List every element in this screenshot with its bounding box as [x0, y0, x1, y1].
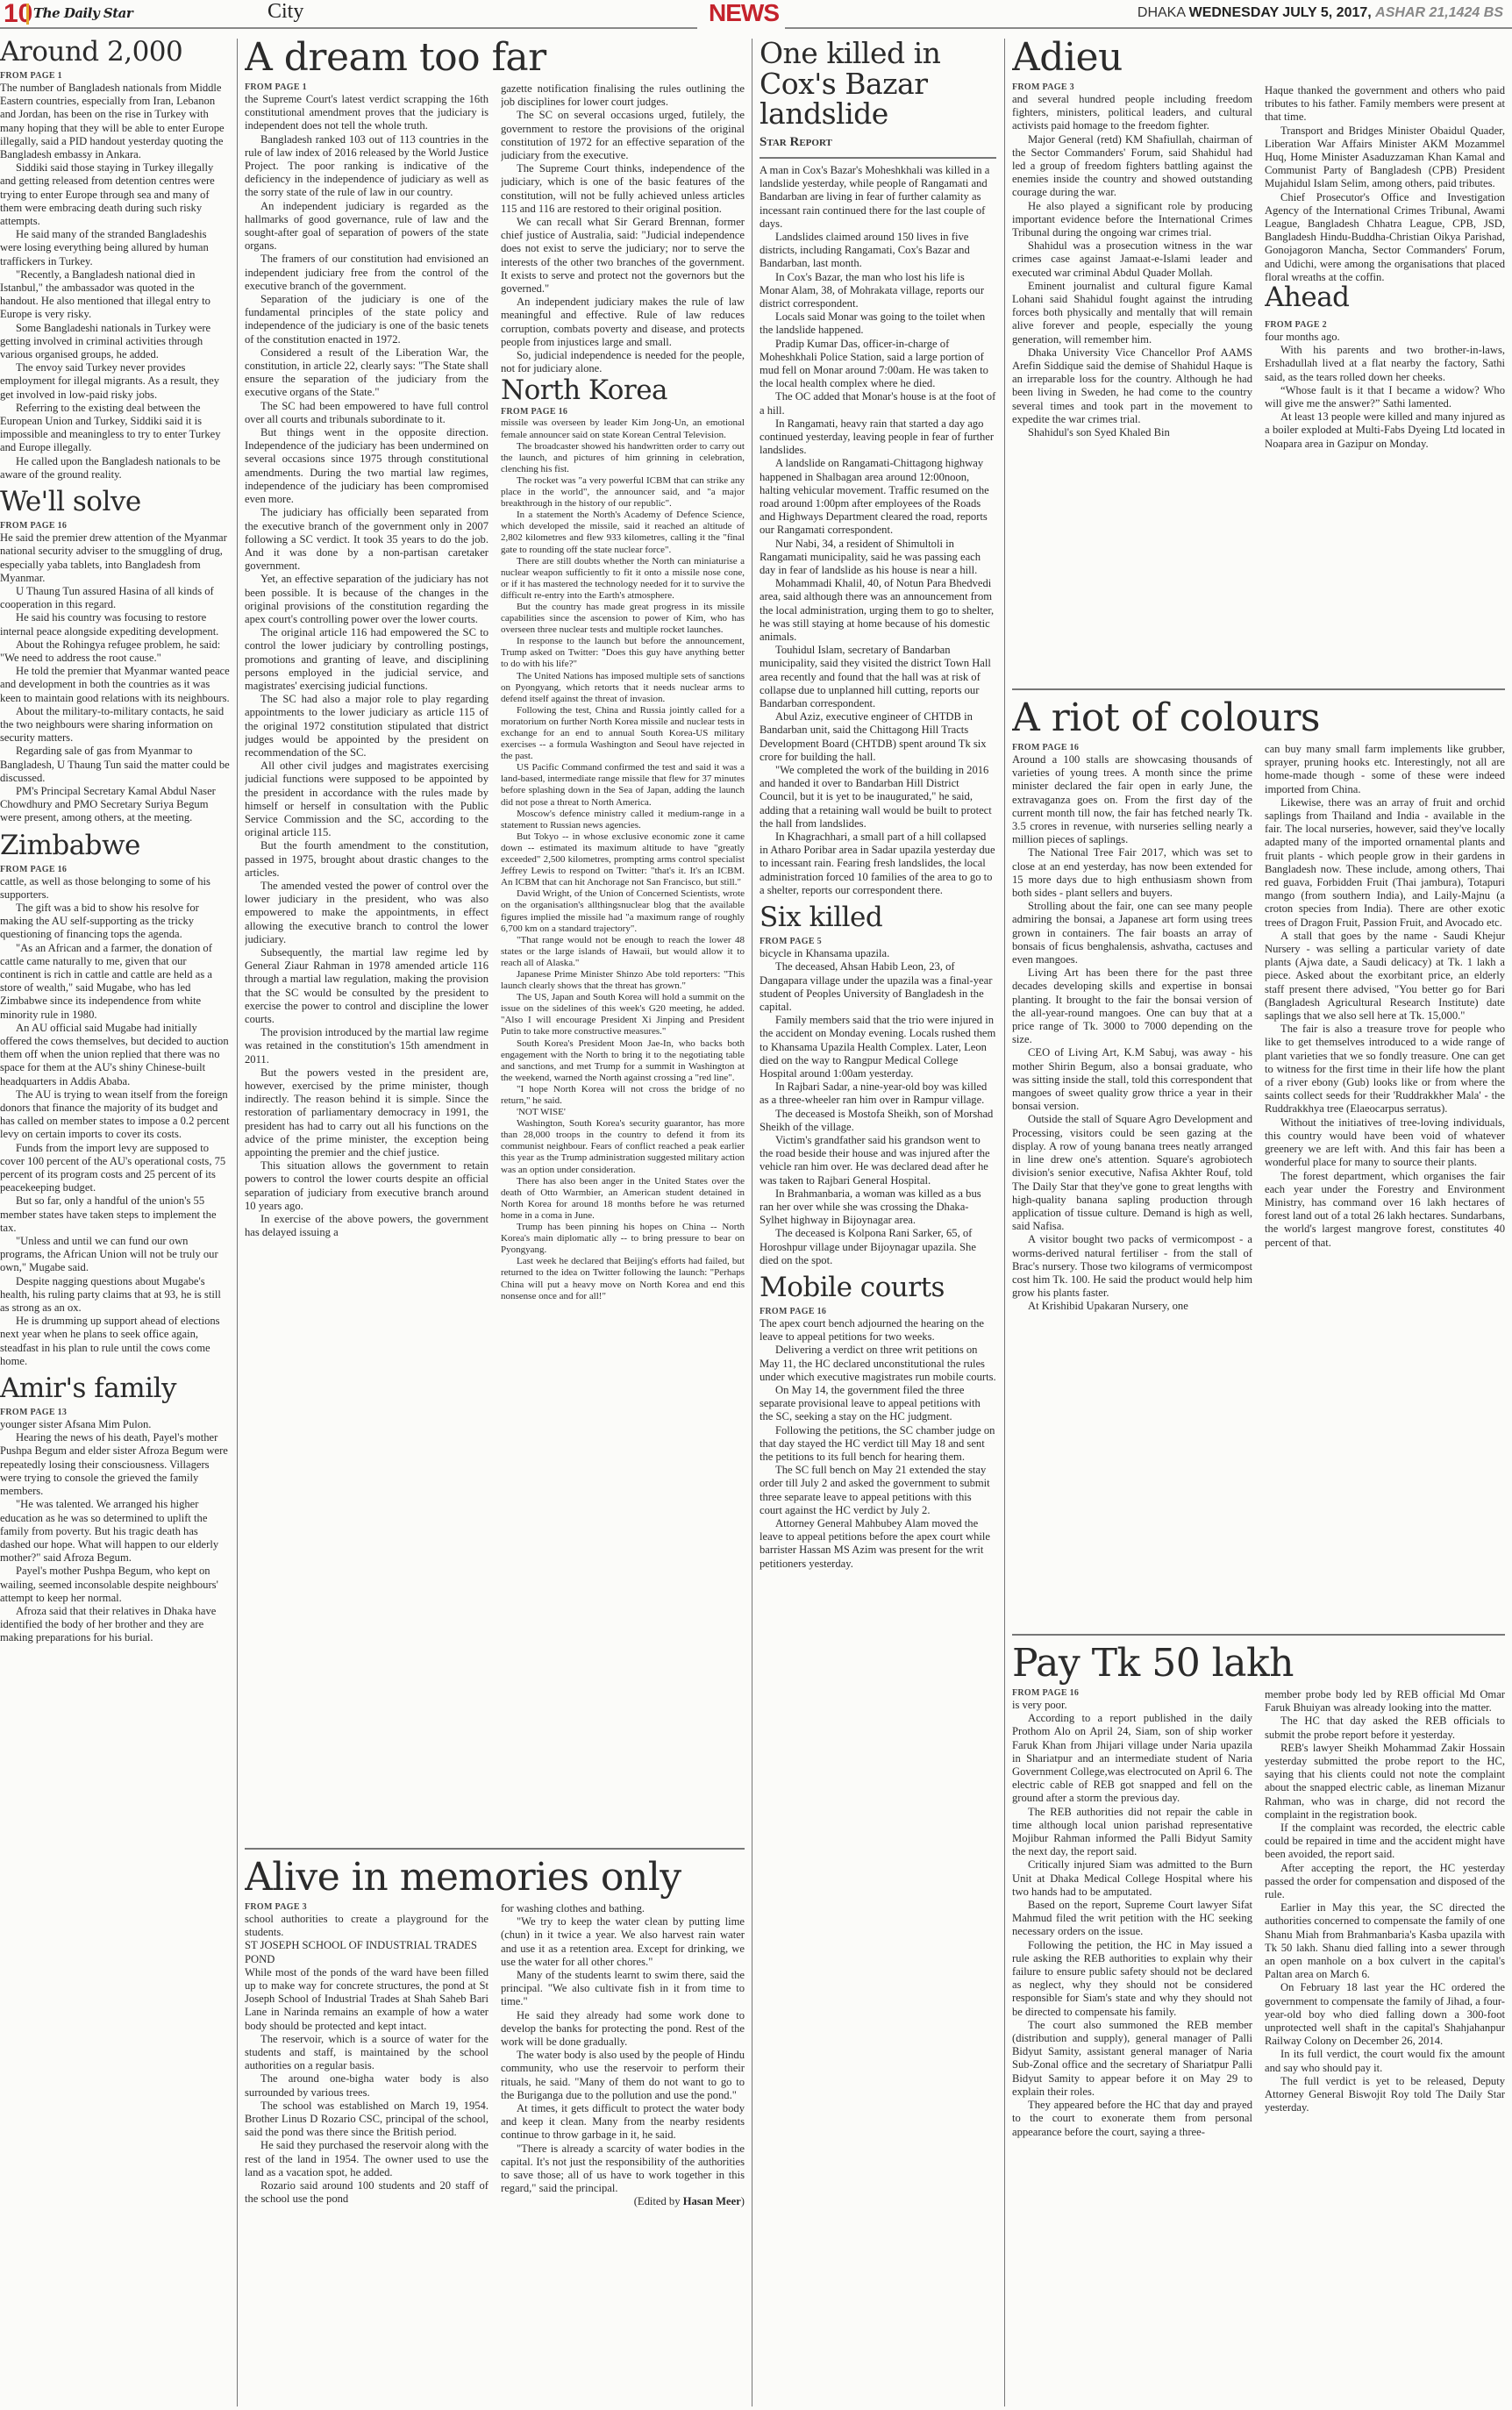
paragraph: The around one-bigha water body is also … [245, 2072, 489, 2099]
paragraph: Following the test, China and Russia joi… [501, 705, 745, 762]
paragraph: The reservoir, which is a source of wate… [245, 2033, 489, 2073]
jump-label: FROM PAGE 16 [760, 1307, 996, 1316]
paragraph: Washington, South Korea's security guara… [501, 1118, 745, 1175]
paragraph: and several hundred people including fre… [1012, 93, 1252, 133]
paragraph: missile was overseen by leader Kim Jong-… [501, 417, 745, 440]
paragraph: The National Tree Fair 2017, which was s… [1012, 846, 1252, 900]
paragraph: U Thaung Tun assured Hasina of all kinds… [0, 585, 230, 611]
paragraph: An independent judiciary is regarded as … [245, 200, 489, 253]
headline: North Korea [501, 377, 745, 404]
paragraph: 'NOT WISE' [501, 1107, 745, 1118]
paragraph: The SC full bench on May 21 extended the… [760, 1464, 996, 1517]
subheading: ST JOSEPH SCHOOL OF INDUSTRIAL TRADES PO… [245, 1939, 489, 1965]
headline: Ahead [1265, 284, 1505, 311]
paragraph: About the Rohingya refugee problem, he s… [0, 638, 230, 665]
paragraph: Referring to the existing deal between t… [0, 402, 230, 455]
jump-label: FROM PAGE 1 [245, 82, 489, 92]
paragraph: Eminent journalist and cultural figure K… [1012, 280, 1252, 346]
paragraph: According to a report published in the d… [1012, 1712, 1252, 1805]
paragraph: Separation of the judiciary is one of th… [245, 293, 489, 346]
paragraph: At Krishibid Upakaran Nursery, one [1012, 1300, 1252, 1313]
paragraph: The framers of our constitution had envi… [245, 253, 489, 293]
paragraph: Considered a result of the Liberation Wa… [245, 346, 489, 400]
paragraph: The US, Japan and South Korea will hold … [501, 992, 745, 1037]
paragraph: In Brahmanbaria, a woman was killed as a… [760, 1187, 996, 1228]
paragraph: school authorities to create a playgroun… [245, 1913, 489, 1939]
paragraph: The United Nations has imposed multiple … [501, 671, 745, 705]
paragraph: The SC had also a major role to play reg… [245, 693, 489, 759]
paragraph: The rocket was "a very powerful ICBM tha… [501, 475, 745, 510]
article-dream-too-far: A dream too far FROM PAGE 1 the Supreme … [245, 39, 745, 1841]
headline: Pay Tk 50 lakh [1012, 1644, 1505, 1683]
headline: Around 2,000 [0, 39, 230, 66]
jump-label: FROM PAGE 16 [0, 865, 230, 874]
paragraph: "Recently, a Bangladesh national died in… [0, 268, 230, 322]
article-body-right: can buy many small farm implements like … [1265, 743, 1505, 1250]
paragraph: Yet, an effective separation of the judi… [245, 573, 489, 626]
paragraph: Likewise, there was an array of fruit an… [1265, 796, 1505, 930]
paragraph: A man in Cox's Bazar's Moheshkhali was k… [760, 164, 996, 231]
paragraph: The SC on several occasions urged, futil… [501, 109, 745, 162]
paragraph: The AU is trying to wean itself from the… [0, 1088, 230, 1142]
paragraph: gazette notification finalising the rule… [501, 82, 745, 109]
jump-label: FROM PAGE 16 [1012, 743, 1252, 752]
paragraph: Some Bangladeshi nationals in Turkey wer… [0, 322, 230, 362]
headline: Zimbabwe [0, 832, 230, 859]
paragraph: Strolling about the fair, one can see ma… [1012, 900, 1252, 966]
paragraph: The fair is also a treasure trove for pe… [1265, 1023, 1505, 1116]
paragraph: He is drumming up support ahead of elect… [0, 1315, 230, 1368]
section-divider [1012, 688, 1505, 690]
paragraph: A stall that goes by the name - Saudi Kh… [1265, 930, 1505, 1023]
paragraph: In response to the launch but before the… [501, 636, 745, 670]
article-alive-in-memories: Alive in memories only FROM PAGE 3 schoo… [245, 1858, 745, 2208]
jump-label: FROM PAGE 13 [0, 1408, 230, 1417]
byline: Star Report [760, 135, 996, 159]
paragraph: Afroza said that their relatives in Dhak… [0, 1605, 230, 1645]
paragraph: Hearing the news of his death, Payel's m… [0, 1431, 230, 1498]
paragraph: Many of the students learnt to swim ther… [501, 1969, 745, 2009]
paragraph: Around a 100 stalls are showcasing thous… [1012, 753, 1252, 846]
paragraph: On February 18 last year the HC ordered … [1265, 1981, 1505, 2048]
paragraph: Siddiki said those staying in Turkey ill… [0, 161, 230, 228]
paragraph: The OC added that Monar's house is at th… [760, 390, 996, 417]
paragraph: In Rajbari Sadar, a nine-year-old boy wa… [760, 1080, 996, 1107]
article-adieu: Adieu FROM PAGE 3 and several hundred pe… [1012, 39, 1505, 683]
paragraph: PM's Principal Secretary Kamal Abdul Nas… [0, 785, 230, 825]
paragraph: In a statement the North's Academy of De… [501, 510, 745, 555]
headline: A riot of colours [1012, 699, 1505, 738]
paragraph: is very poor. [1012, 1699, 1252, 1712]
article-body-left: the Supreme Court's latest verdict scrap… [245, 93, 489, 1239]
paragraph: Living Art has been there for the past t… [1012, 966, 1252, 1046]
paragraph: In its full verdict, the court would fix… [1265, 2048, 1505, 2074]
paragraph: The court also summoned the REB member (… [1012, 2019, 1252, 2099]
paragraph: Chief Prosecutor's Office and Investigat… [1265, 191, 1505, 284]
paragraph: Japanese Prime Minister Shinzo Abe told … [501, 969, 745, 992]
paragraph: But so far, only a handful of the union'… [0, 1194, 230, 1235]
paragraph: Landslides claimed around 150 lives in f… [760, 231, 996, 271]
paragraph: The school was established on March 19, … [245, 2100, 489, 2140]
paragraph: "There is already a scarcity of water bo… [501, 2143, 745, 2196]
paragraph: He called upon the Bangladesh nationals … [0, 455, 230, 481]
jump-label: FROM PAGE 1 [0, 71, 230, 81]
paragraph: "I hope North Korea will not cross the b… [501, 1084, 745, 1107]
paragraph: We can recall what Sir Gerard Brennan, f… [501, 216, 745, 296]
paragraph: Earlier in May this year, the SC directe… [1265, 1901, 1505, 1981]
jump-label: FROM PAGE 3 [245, 1902, 489, 1912]
headline: Mobile courts [760, 1274, 996, 1301]
headline: Six killed [760, 904, 996, 931]
paragraph: "We try to keep the water clean by putti… [501, 1915, 745, 1969]
headline: We'll solve [0, 488, 230, 516]
editor-name: Hasan Meer [683, 2195, 741, 2207]
paragraph: Critically injured Siam was admitted to … [1012, 1858, 1252, 1899]
paragraph: The envoy said Turkey never provides emp… [0, 361, 230, 402]
paragraph: The deceased is Mostofa Sheikh, son of M… [760, 1108, 996, 1134]
column-1: Around 2,000 FROM PAGE 1 The number of B… [0, 39, 230, 2410]
paragraph: Trump has been pinning his hopes on Chin… [501, 1222, 745, 1256]
paragraph: The REB authorities did not repair the c… [1012, 1806, 1252, 1859]
paragraph: for washing clothes and bathing. [501, 1902, 745, 1915]
paragraph: Following the petition, the HC in May is… [1012, 1939, 1252, 2019]
paragraph: the Supreme Court's latest verdict scrap… [245, 93, 489, 133]
paragraph: In Khagrachhari, a small part of a hill … [760, 831, 996, 897]
paragraph: At least 13 people were killed and many … [1265, 410, 1505, 451]
paragraph: In Rangamati, heavy rain that started a … [760, 417, 996, 458]
paragraph: But the powers vested in the president a… [245, 1066, 489, 1159]
paragraph: If the complaint was recorded, the elect… [1265, 1822, 1505, 1862]
jump-label: FROM PAGE 16 [1012, 1688, 1252, 1698]
paragraph: Nur Nabi, 34, a resident of Shimultoli i… [760, 538, 996, 578]
paragraph: Victim's grandfather said his grandson w… [760, 1134, 996, 1187]
paragraph: The deceased, Ahsan Habib Leon, 23, of D… [760, 960, 996, 1014]
paragraph: Family members said that the trio were i… [760, 1014, 996, 1080]
paragraph: But the country has made great progress … [501, 602, 745, 636]
paragraph: "He was talented. We arranged his higher… [0, 1498, 230, 1565]
masthead: 10 The Daily Star City NEWS DHAKA WEDNES… [0, 0, 1512, 30]
paragraph: They appeared before the HC that day and… [1012, 2099, 1252, 2139]
column-divider [752, 39, 752, 2406]
article-body: He said the premier drew attention of th… [0, 531, 230, 824]
article-zimbabwe: Zimbabwe FROM PAGE 16 cattle, as well as… [0, 832, 230, 1369]
paragraph: "We completed the work of the building i… [760, 764, 996, 831]
article-body: bicycle in Khansama upazila.The deceased… [760, 947, 996, 1267]
paragraph: An independent judiciary makes the rule … [501, 296, 745, 349]
headline: Amir's family [0, 1375, 230, 1402]
headline: A dream too far [245, 39, 745, 77]
paragraph: All other civil judges and magistrates e… [245, 759, 489, 839]
paragraph: Haque thanked the government and others … [1265, 84, 1505, 125]
column-divider [237, 39, 238, 2406]
paragraph: So, judicial independence is needed for … [501, 349, 745, 375]
edited-by-credit: (Edited by Hasan Meer) [501, 2195, 745, 2208]
jump-label: FROM PAGE 5 [760, 937, 996, 946]
article-body: younger sister Afsana Mim Pulon.Hearing … [0, 1418, 230, 1644]
paragraph: Rozario said around 100 students and 20 … [245, 2179, 489, 2206]
paragraph: An AU official said Mugabe had initially… [0, 1022, 230, 1088]
paragraph: About the military-to-military contacts,… [0, 705, 230, 745]
paragraph: The Supreme Court thinks, independence o… [501, 162, 745, 216]
paragraph: Pradip Kumar Das, officer-in-charge of M… [760, 338, 996, 391]
paragraph: The judiciary has officially been separa… [245, 506, 489, 573]
paragraph: Without the initiatives of tree-loving i… [1265, 1116, 1505, 1170]
article-body-right: Haque thanked the government and others … [1265, 84, 1505, 284]
jump-label: FROM PAGE 16 [501, 407, 745, 417]
article-body: missile was overseen by leader Kim Jong-… [501, 417, 745, 1301]
jump-label: FROM PAGE 2 [1265, 320, 1505, 330]
paragraph: Shahidul was a prosecution witness in th… [1012, 239, 1252, 280]
paragraph: He said many of the stranded Bangladeshi… [0, 228, 230, 268]
article-well-solve: We'll solve FROM PAGE 16 He said the pre… [0, 488, 230, 824]
paragraph: He said his country was focusing to rest… [0, 611, 230, 638]
headline: One killed in Cox's Bazar landslide [760, 39, 996, 130]
paragraph: The SC had been empowered to have full c… [245, 400, 489, 426]
headline: Adieu [1012, 39, 1252, 77]
category-label: NEWS [709, 0, 779, 26]
paragraph: In exercise of the above powers, the gov… [245, 1213, 489, 1239]
paragraph: Major General (retd) KM Shafiullah, chai… [1012, 133, 1252, 200]
paragraph: "That range would not be enough to reach… [501, 935, 745, 969]
paragraph: Dhaka University Vice Chancellor Prof AA… [1012, 346, 1252, 426]
paragraph: At times, it gets difficult to protect t… [501, 2102, 745, 2143]
article-amirs-family: Amir's family FROM PAGE 13 younger siste… [0, 1375, 230, 1644]
paragraph: He said they purchased the reservoir alo… [245, 2139, 489, 2179]
jump-label: FROM PAGE 3 [1012, 82, 1252, 92]
paragraph: Subsequently, the martial law regime led… [245, 946, 489, 1026]
article-body: cattle, as well as those belonging to so… [0, 875, 230, 1369]
paragraph: South Korea's President Moon Jae-In, who… [501, 1038, 745, 1084]
paragraph: The HC that day asked the REB officials … [1265, 1715, 1505, 1741]
paragraph: The apex court bench adjourned the heari… [760, 1317, 996, 1344]
paragraph: The gift was a bid to show his resolve f… [0, 902, 230, 942]
paragraph: US Pacific Command confirmed the test an… [501, 762, 745, 808]
paragraph: The amended vested the power of control … [245, 880, 489, 946]
headline: Alive in memories only [245, 1858, 745, 1897]
paragraph: Touhidul Islam, secretary of Bandarban m… [760, 644, 996, 710]
paragraph: Funds from the import levy are supposed … [0, 1142, 230, 1195]
section-divider [245, 1848, 745, 1850]
article-body: The apex court bench adjourned the heari… [760, 1317, 996, 1571]
paragraph: Payel's mother Pushpa Begum, who kept on… [0, 1565, 230, 1605]
article-mobile-courts: Mobile courts FROM PAGE 16 The apex cour… [760, 1274, 996, 1571]
paragraph: He also played a significant role by pro… [1012, 200, 1252, 240]
paragraph: The broadcaster showed his handwritten o… [501, 441, 745, 475]
paragraph: This situation allows the government to … [245, 1159, 489, 1213]
article-body-right: for washing clothes and bathing."We try … [501, 1902, 745, 2195]
page-number-divider [26, 4, 29, 25]
article-pay-tk-50-lakh: Pay Tk 50 lakh FROM PAGE 16 is very poor… [1012, 1644, 1505, 2139]
article-body-left: Around a 100 stalls are showcasing thous… [1012, 753, 1252, 1314]
article-body: A man in Cox's Bazar's Moheshkhali was k… [760, 164, 996, 897]
article-body-left: and several hundred people including fre… [1012, 93, 1252, 439]
paragraph: With his parents and two brother-in-laws… [1265, 344, 1505, 384]
article-ahead: Ahead FROM PAGE 2 four months ago.With h… [1265, 284, 1505, 451]
article-body: four months ago.With his parents and two… [1265, 331, 1505, 451]
section-divider [1012, 1634, 1505, 1636]
paragraph: "Unless and until we can fund our own pr… [0, 1235, 230, 1275]
paragraph: David Wright, of the Union of Concerned … [501, 888, 745, 934]
paragraph: Despite nagging questions about Mugabe's… [0, 1275, 230, 1316]
paragraph: The forest department, which organises t… [1265, 1170, 1505, 1250]
paragraph: A visitor bought two packs of vermicompo… [1012, 1233, 1252, 1300]
column-2-3: A dream too far FROM PAGE 1 the Supreme … [245, 39, 745, 2410]
paragraph: The number of Bangladesh nationals from … [0, 82, 230, 161]
dateline-city: DHAKA [1138, 5, 1185, 20]
paragraph: The original article 116 had empowered t… [245, 626, 489, 693]
paragraph: But Tokyo -- in whose exclusive economic… [501, 831, 745, 888]
column-4: One killed in Cox's Bazar landslide Star… [760, 39, 996, 2410]
article-north-korea: North Korea FROM PAGE 16 missile was ove… [501, 377, 745, 1301]
article-body-left: school authorities to create a playgroun… [245, 1913, 489, 2206]
article-around-2000: Around 2,000 FROM PAGE 1 The number of B… [0, 39, 230, 481]
newspaper-logo: The Daily Star [33, 5, 132, 21]
paragraph: He said they already had some work done … [501, 2009, 745, 2050]
article-body-right: gazette notification finalising the rule… [501, 82, 745, 375]
paragraph: He told the premier that Myanmar wanted … [0, 665, 230, 705]
paragraph: There has also been anger in the United … [501, 1176, 745, 1222]
paragraph: The deceased is Kolpona Rani Sarker, 65,… [760, 1227, 996, 1267]
paragraph: Shahidul's son Syed Khaled Bin [1012, 426, 1252, 439]
paragraph: Last week he declared that Beijing's eff… [501, 1256, 745, 1301]
paragraph: There are still doubts whether the North… [501, 556, 745, 602]
paragraph: After accepting the report, the HC yeste… [1265, 1862, 1505, 1902]
article-coxs-bazar-landslide: One killed in Cox's Bazar landslide Star… [760, 39, 996, 897]
paragraph: On May 14, the government filed the thre… [760, 1384, 996, 1424]
paragraph: He said the premier drew attention of th… [0, 531, 230, 585]
article-riot-of-colours: A riot of colours FROM PAGE 16 Around a … [1012, 699, 1505, 1629]
paragraph: REB's lawyer Sheikh Mohammad Zakir Hossa… [1265, 1742, 1505, 1822]
article-six-killed: Six killed FROM PAGE 5 bicycle in Khansa… [760, 904, 996, 1267]
dateline-date: WEDNESDAY JULY 5, 2017, [1189, 5, 1372, 20]
paragraph: Abul Aziz, executive engineer of CHTDB i… [760, 710, 996, 764]
article-body: The number of Bangladesh nationals from … [0, 82, 230, 481]
paragraph: Moscow's defence ministry called it medi… [501, 809, 745, 831]
paragraph: younger sister Afsana Mim Pulon. [0, 1418, 230, 1431]
paragraph: can buy many small farm implements like … [1265, 743, 1505, 796]
paragraph: In Cox's Bazar, the man who lost his lif… [760, 271, 996, 311]
paragraph: Mohammadi Khalil, 40, of Notun Para Bhed… [760, 577, 996, 644]
paragraph: Bangladesh ranked 103 out of 113 countri… [245, 133, 489, 200]
paragraph: Locals said Monar was going to the toile… [760, 310, 996, 337]
paragraph: Based on the report, Supreme Court lawye… [1012, 1899, 1252, 1939]
section-title: City [267, 0, 303, 24]
article-body-left: is very poor.According to a report publi… [1012, 1699, 1252, 2139]
jump-label: FROM PAGE 16 [0, 521, 230, 531]
paragraph: cattle, as well as those belonging to so… [0, 875, 230, 902]
paragraph: four months ago. [1265, 331, 1505, 344]
paragraph: Outside the stall of Square Agro Develop… [1012, 1113, 1252, 1233]
paragraph: But the fourth amendment to the constitu… [245, 839, 489, 880]
paragraph: Following the petitions, the SC chamber … [760, 1424, 996, 1465]
paragraph: The full verdict is yet to be released, … [1265, 2075, 1505, 2115]
paragraph: Delivering a verdict on three writ petit… [760, 1344, 996, 1384]
paragraph: Transport and Bridges Minister Obaidul Q… [1265, 125, 1505, 191]
paragraph: bicycle in Khansama upazila. [760, 947, 996, 960]
article-body-right: member probe body led by REB official Md… [1265, 1688, 1505, 2115]
dateline-bangla-date: ASHAR 21,1424 BS [1375, 5, 1503, 20]
paragraph: CEO of Living Art, K.M Sabuj, was away -… [1012, 1046, 1252, 1113]
paragraph: While most of the ponds of the ward have… [245, 1966, 489, 2033]
paragraph: Regarding sale of gas from Myanmar to Ba… [0, 745, 230, 785]
paragraph: member probe body led by REB official Md… [1265, 1688, 1505, 1715]
column-5-6: Adieu FROM PAGE 3 and several hundred pe… [1012, 39, 1505, 2410]
paragraph: The provision introduced by the martial … [245, 1026, 489, 1066]
paragraph: But things went in the opposite directio… [245, 426, 489, 506]
paragraph: A landslide on Rangamati-Chittagong high… [760, 457, 996, 537]
paragraph: "As an African and a farmer, the donatio… [0, 942, 230, 1022]
paragraph: The water body is also used by the peopl… [501, 2049, 745, 2102]
column-divider [1004, 39, 1005, 2406]
paragraph: “Whose fault is it that I became a widow… [1265, 384, 1505, 410]
dateline: DHAKA WEDNESDAY JULY 5, 2017, ASHAR 21,1… [1138, 5, 1503, 21]
paragraph: Attorney General Mahbubey Alam moved the… [760, 1517, 996, 1571]
